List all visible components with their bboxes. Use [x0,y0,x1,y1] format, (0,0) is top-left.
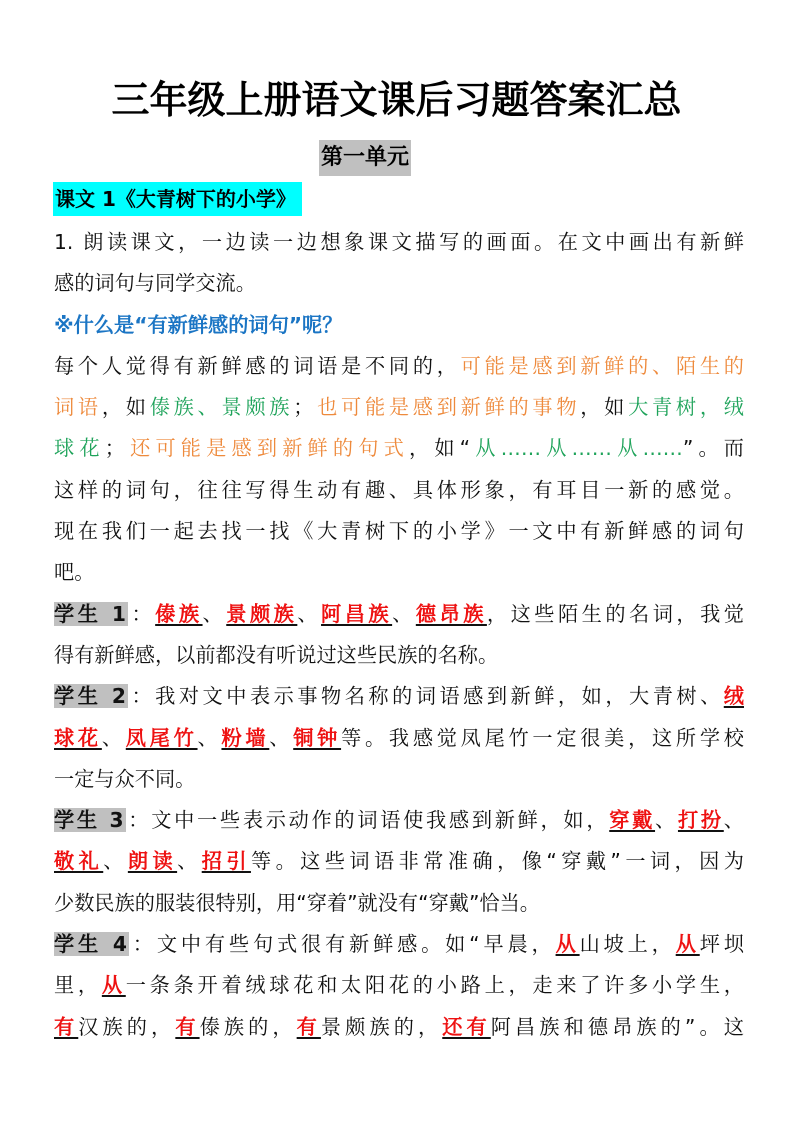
document-title: 三年级上册语文课后习题答案汇总 [0,76,793,124]
key-word: 阿昌族 [321,602,392,626]
text: ： [126,808,152,832]
text: 、 [203,602,227,626]
key-word: 朗读 [128,849,177,873]
text: ； [105,436,125,460]
key-word: 招引 [202,849,251,873]
text: ，如 [580,395,628,419]
key-word: 球花 [54,726,102,750]
student-2-line: 一定与众不同。 [54,759,744,800]
document-body: 1. 朗读课文，一边读一边想象课文描写的画面。在文中画出有新鲜 感的词句与同学交… [54,222,744,1048]
student-1-line: 得有新鲜感，以前都没有听说过这些民族的名称。 [54,635,744,676]
question-line: 1. 朗读课文，一边读一边想象课文描写的画面。在文中画出有新鲜 [54,222,744,263]
text: 每个人觉得有新鲜感的词语是不同的， [54,354,461,378]
text: 坪坝 [700,932,744,956]
key-word: 傣族 [155,602,202,626]
text: ： [128,684,155,708]
student-label: 学生 1 [54,602,128,626]
student-4-line: 里，从一条条开着绒球花和太阳花的小路上，走来了许多小学生， [54,965,744,1006]
text: 一条条开着绒球花和太阳花的小路上，走来了许多小学生， [126,973,744,997]
key-word: 德昂族 [416,602,487,626]
green-highlight: 大青树，绒 [628,395,744,419]
text: 、 [198,726,222,750]
text: 景颇族的， [321,1015,442,1039]
explanation-line: 这样的词句，往往写得生动有趣、具体形象，有耳目一新的感觉。 [54,470,744,511]
text: 文中一些表示动作的词语使我感到新鲜，如， [151,808,609,832]
text: 等。这些词语非常准确，像“穿戴”一词，因为 [251,849,744,873]
key-word: 从 [102,973,126,997]
key-word: 粉墙 [221,726,269,750]
text: 、 [392,602,416,626]
student-4-line: 学生 4：文中有些句式很有新鲜感。如“早晨，从山坡上，从坪坝 [54,924,744,965]
text: 、 [297,602,321,626]
key-word: 打扮 [678,808,724,832]
text: 、 [103,849,128,873]
student-3-line: 敬礼、朗读、招引等。这些词语非常准确，像“穿戴”一词，因为 [54,841,744,882]
student-label: 学生 3 [54,808,126,832]
unit-heading: 第一单元 [319,140,411,176]
text: ，如“ [409,436,470,460]
text: 我对文中表示事物名称的词语感到新鲜，如，大青树、 [155,684,724,708]
text: ，这些陌生的名词，我觉 [487,602,744,626]
key-word: 从 [676,932,700,956]
text: 、 [177,849,202,873]
text: 山坡上， [580,932,676,956]
text: 、 [102,726,126,750]
text: ； [293,395,313,419]
note-heading: ※什么是“有新鲜感的词句”呢？ [54,305,744,346]
text: 、 [724,808,744,832]
lesson-heading: 课文 1《大青树下的小学》 [53,182,302,216]
key-word: 穿戴 [609,808,655,832]
key-word: 凤尾竹 [126,726,198,750]
green-highlight: 傣族、景颇族 [150,395,294,419]
key-word: 有 [175,1015,199,1039]
student-3-line: 学生 3：文中一些表示动作的词语使我感到新鲜，如，穿戴、打扮、 [54,800,744,841]
key-word: 绒 [724,684,744,708]
green-highlight: 球花 [54,436,105,460]
text: 、 [655,808,678,832]
text: 文中有些句式很有新鲜感。如“早晨， [157,932,556,956]
key-word: 有 [297,1015,321,1039]
explanation-line: 吧。 [54,552,744,593]
text: ，如 [102,395,150,419]
text: ： [128,602,155,626]
key-word: 还有 [442,1015,491,1039]
orange-highlight: 还可能是感到新鲜的句式 [125,436,409,460]
green-highlight: 从……从……从…… [470,436,683,460]
key-word: 景颇族 [226,602,297,626]
student-label: 学生 2 [54,684,128,708]
orange-highlight: 可能是感到新鲜的、陌生的 [461,354,744,378]
text: ： [129,932,157,956]
orange-highlight: 词语 [54,395,102,419]
student-3-line: 少数民族的服装很特别，用“穿着”就没有“穿戴”恰当。 [54,883,744,924]
orange-highlight: 也可能是感到新鲜的事物 [313,395,580,419]
explanation-line: 球花；还可能是感到新鲜的句式，如“从……从……从……”。而 [54,428,744,469]
explanation-line: 词语，如傣族、景颇族；也可能是感到新鲜的事物，如大青树，绒 [54,387,744,428]
key-word: 铜钟 [293,726,341,750]
text: ”。而 [683,436,744,460]
explanation-line: 现在我们一起去找一找《大青树下的小学》一文中有新鲜感的词句 [54,511,744,552]
text: 阿昌族和德昂族的”。这 [491,1015,744,1039]
text: 等。我感觉凤尾竹一定很美，这所学校 [341,726,744,750]
student-1-line: 学生 1：傣族、景颇族、阿昌族、德昂族，这些陌生的名词，我觉 [54,594,744,635]
key-word: 有 [54,1015,78,1039]
key-word: 敬礼 [54,849,103,873]
student-4-line: 有汉族的，有傣族的，有景颇族的，还有阿昌族和德昂族的”。这 [54,1007,744,1048]
text: 、 [269,726,293,750]
question-line: 感的词句与同学交流。 [54,263,744,304]
text: 里， [54,973,102,997]
key-word: 从 [556,932,580,956]
student-2-line: 球花、凤尾竹、粉墙、铜钟等。我感觉凤尾竹一定很美，这所学校 [54,718,744,759]
text: 傣族的， [200,1015,297,1039]
text: 汉族的， [78,1015,175,1039]
explanation-line: 每个人觉得有新鲜感的词语是不同的，可能是感到新鲜的、陌生的 [54,346,744,387]
student-2-line: 学生 2：我对文中表示事物名称的词语感到新鲜，如，大青树、绒 [54,676,744,717]
student-label: 学生 4 [54,932,129,956]
